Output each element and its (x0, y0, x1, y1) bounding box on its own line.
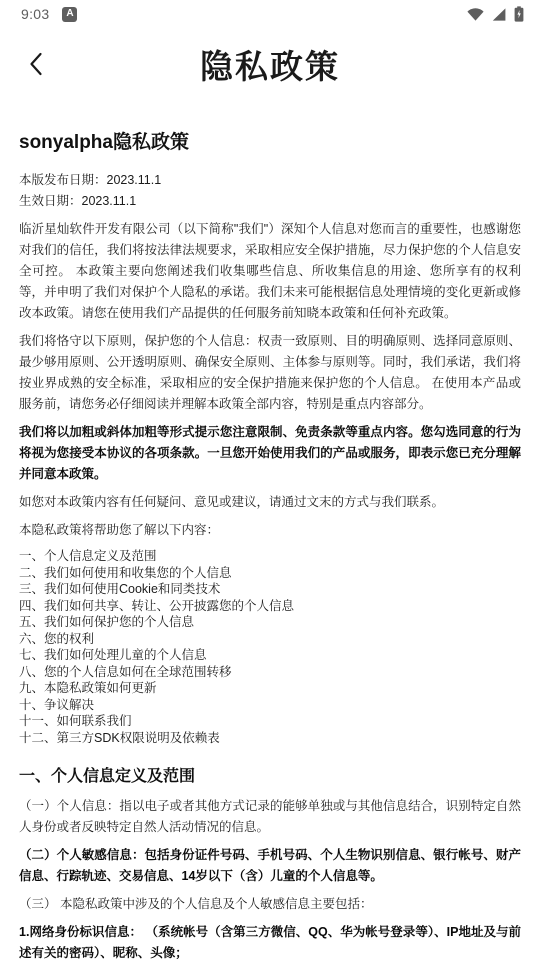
status-bar: 9:03 A (0, 0, 540, 26)
status-bar-left: 9:03 A (21, 6, 77, 22)
toc-intro-paragraph: 本隐私政策将帮助您了解以下内容： (19, 520, 521, 541)
bold-notice-paragraph: 我们将以加粗或斜体加粗等形式提示您注意限制、免责条款等重点内容。您勾选同意的行为… (19, 422, 521, 485)
wifi-icon (467, 8, 484, 21)
back-button[interactable] (20, 47, 52, 82)
toc-item: 五、我们如何保护您的个人信息 (19, 614, 521, 631)
toc-item: 八、您的个人信息如何在全球范围转移 (19, 664, 521, 681)
toc-item: 四、我们如何共享、转让、公开披露您的个人信息 (19, 598, 521, 615)
chevron-left-icon (26, 66, 46, 81)
section1-scope-paragraph: （三） 本隐私政策中涉及的个人信息及个人敏感信息主要包括： (19, 894, 521, 915)
page-title: 隐私政策 (200, 41, 340, 88)
section1-heading: 一、个人信息定义及范围 (19, 768, 521, 786)
contact-paragraph: 如您对本政策内容有任何疑问、意见或建议，请通过文末的方式与我们联系。 (19, 492, 521, 513)
intro-paragraph: 临沂星灿软件开发有限公司（以下简称"我们"）深知个人信息对您而言的重要性，也感谢… (19, 219, 521, 324)
status-bar-right (467, 6, 524, 22)
app-header: 隐私政策 (0, 26, 540, 102)
effective-date-line: 生效日期：2023.11.1 (19, 191, 521, 212)
toc-item: 十、争议解决 (19, 697, 521, 714)
screen: 9:03 A 隐私政策 sonyal (0, 0, 540, 960)
toc-item: 十二、第三方SDK权限说明及依赖表 (19, 730, 521, 747)
notification-app-icon: A (62, 7, 77, 22)
toc-item: 七、我们如何处理儿童的个人信息 (19, 647, 521, 664)
section1-definition-paragraph: （一）个人信息：指以电子或者其他方式记录的能够单独或与其他信息结合，识别特定自然… (19, 796, 521, 838)
section1-network-identity-item: 1.网络身份标识信息： （系统帐号（含第三方微信、QQ、华为帐号登录等）、IP地… (19, 922, 521, 960)
cellular-signal-icon (492, 8, 506, 21)
toc-item: 六、您的权利 (19, 631, 521, 648)
status-time: 9:03 (21, 6, 49, 22)
toc-item: 一、个人信息定义及范围 (19, 548, 521, 565)
release-date-line: 本版发布日期：2023.11.1 (19, 170, 521, 191)
document-title: sonyalpha隐私政策 (19, 132, 521, 154)
toc-item: 十一、如何联系我们 (19, 713, 521, 730)
toc-item: 二、我们如何使用和收集您的个人信息 (19, 565, 521, 582)
section1-sensitive-paragraph: （二）个人敏感信息：包括身份证件号码、手机号码、个人生物识别信息、银行帐号、财产… (19, 845, 521, 887)
battery-charging-icon (514, 6, 524, 22)
toc-item: 三、我们如何使用Cookie和同类技术 (19, 581, 521, 598)
policy-dates: 本版发布日期：2023.11.1 生效日期：2023.11.1 (19, 170, 521, 212)
toc-item: 九、本隐私政策如何更新 (19, 680, 521, 697)
policy-content-scroll-area[interactable]: sonyalpha隐私政策 本版发布日期：2023.11.1 生效日期：2023… (0, 102, 540, 960)
principles-paragraph: 我们将恪守以下原则，保护您的个人信息：权责一致原则、目的明确原则、选择同意原则、… (19, 331, 521, 415)
table-of-contents: 一、个人信息定义及范围 二、我们如何使用和收集您的个人信息 三、我们如何使用Co… (19, 548, 521, 746)
